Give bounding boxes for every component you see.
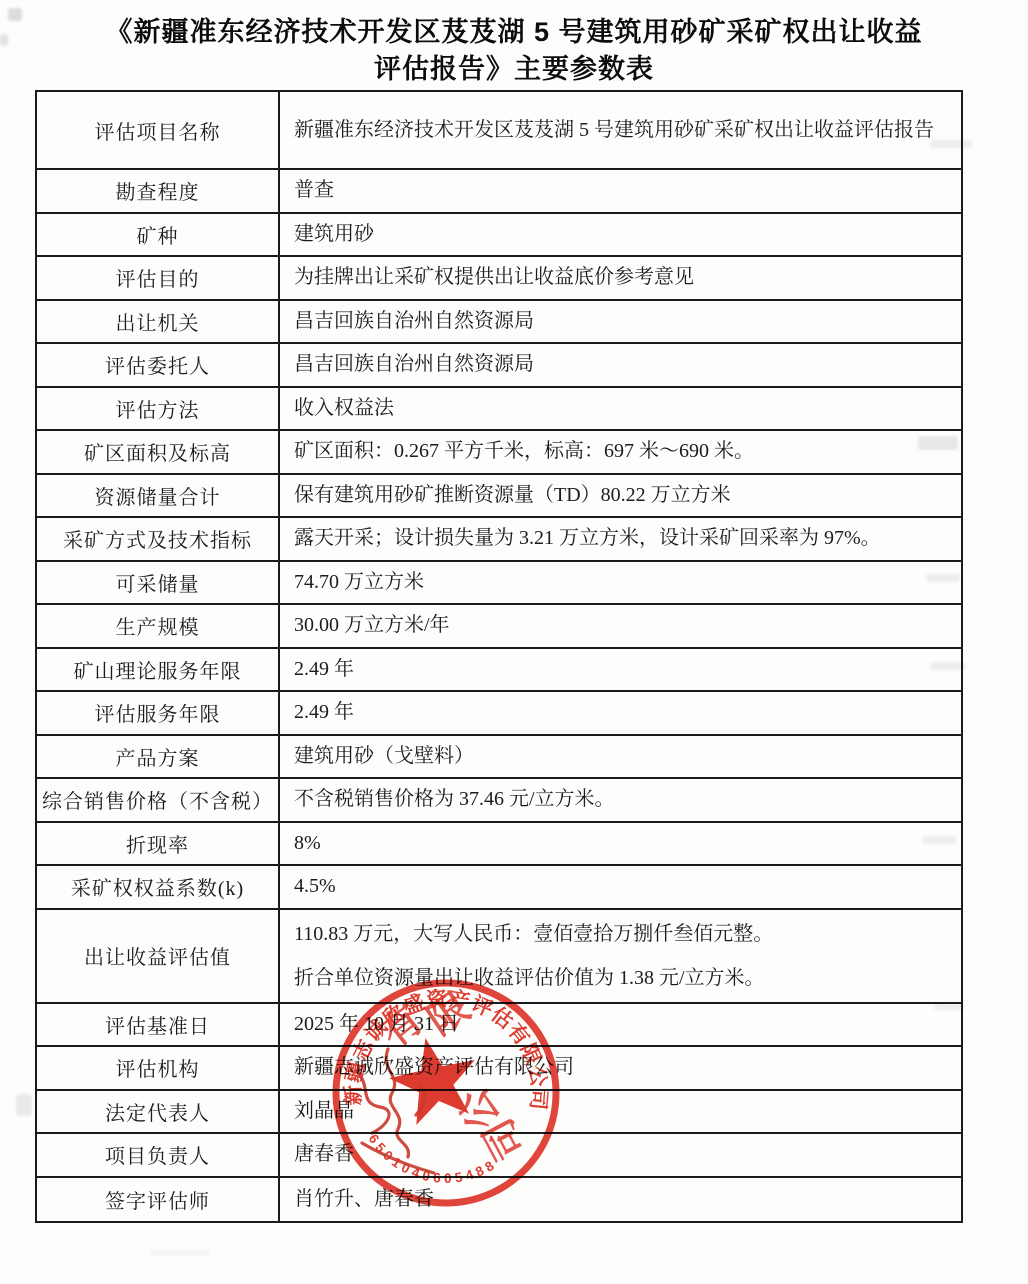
param-label: 矿山理论服务年限 — [37, 649, 280, 691]
param-label: 生产规模 — [37, 605, 280, 647]
param-label: 评估方法 — [37, 388, 280, 430]
param-value-line: 收入权益法 — [294, 394, 953, 423]
param-label: 可采储量 — [37, 562, 280, 604]
scan-artifact — [150, 1250, 210, 1256]
param-label: 评估委托人 — [37, 344, 280, 386]
param-value-line: 保有建筑用砂矿推断资源量（TD）80.22 万立方米 — [294, 481, 953, 510]
param-value-line: 8% — [294, 829, 953, 858]
param-label: 出让机关 — [37, 301, 280, 343]
param-value: 保有建筑用砂矿推断资源量（TD）80.22 万立方米 — [280, 475, 961, 517]
table-row: 勘查程度普查 — [37, 170, 961, 214]
table-row: 评估项目名称新疆准东经济技术开发区芨芨湖 5 号建筑用砂矿采矿权出让收益评估报告 — [37, 92, 961, 170]
table-row: 评估目的为挂牌出让采矿权提供出让收益底价参考意见 — [37, 257, 961, 301]
table-row: 采矿方式及技术指标露天开采；设计损失量为 3.21 万立方米，设计采矿回采率为 … — [37, 518, 961, 562]
param-label: 评估项目名称 — [37, 92, 280, 168]
param-label: 折现率 — [37, 823, 280, 865]
table-row: 评估委托人昌吉回族自治州自然资源局 — [37, 344, 961, 388]
param-label: 产品方案 — [37, 736, 280, 778]
table-row: 评估方法收入权益法 — [37, 388, 961, 432]
param-value: 2.49 年 — [280, 692, 961, 734]
param-label: 项目负责人 — [37, 1134, 280, 1176]
param-value: 建筑用砂 — [280, 214, 961, 256]
table-row: 矿种建筑用砂 — [37, 214, 961, 258]
param-value: 74.70 万立方米 — [280, 562, 961, 604]
param-label: 评估基准日 — [37, 1004, 280, 1046]
page-title: 《新疆准东经济技术开发区芨芨湖 5 号建筑用砂矿采矿权出让收益 评估报告》主要参… — [0, 14, 1028, 88]
table-row: 可采储量74.70 万立方米 — [37, 562, 961, 606]
param-value: 建筑用砂（戈壁料） — [280, 736, 961, 778]
table-row: 折现率8% — [37, 823, 961, 867]
param-value: 昌吉回族自治州自然资源局 — [280, 301, 961, 343]
table-row: 资源储量合计保有建筑用砂矿推断资源量（TD）80.22 万立方米 — [37, 475, 961, 519]
param-value-line: 为挂牌出让采矿权提供出让收益底价参考意见 — [294, 263, 953, 292]
company-seal-stamp: 新疆志诚欣盛资产评估有限公司 6501040605488 有 限 公 司 — [328, 975, 568, 1221]
param-label: 勘查程度 — [37, 170, 280, 212]
param-label: 评估机构 — [37, 1047, 280, 1089]
param-value: 昌吉回族自治州自然资源局 — [280, 344, 961, 386]
param-value-line: 昌吉回族自治州自然资源局 — [294, 307, 953, 336]
table-row: 综合销售价格（不含税）不含税销售价格为 37.46 元/立方米。 — [37, 779, 961, 823]
param-label: 评估服务年限 — [37, 692, 280, 734]
param-value-line: 2.49 年 — [294, 698, 953, 727]
param-label: 采矿权权益系数(k) — [37, 866, 280, 908]
table-row: 产品方案建筑用砂（戈壁料） — [37, 736, 961, 780]
param-value-line: 新疆准东经济技术开发区芨芨湖 5 号建筑用砂矿采矿权出让收益评估报告 — [294, 116, 953, 145]
table-row: 评估服务年限2.49 年 — [37, 692, 961, 736]
param-value: 8% — [280, 823, 961, 865]
param-value-line: 4.5% — [294, 872, 953, 901]
table-row: 矿区面积及标高矿区面积：0.267 平方千米，标高：697 米～690 米。 — [37, 431, 961, 475]
param-label: 采矿方式及技术指标 — [37, 518, 280, 560]
param-value-line: 露天开采；设计损失量为 3.21 万立方米，设计采矿回采率为 97%。 — [294, 524, 953, 553]
table-row: 矿山理论服务年限2.49 年 — [37, 649, 961, 693]
param-label: 资源储量合计 — [37, 475, 280, 517]
table-row: 出让机关昌吉回族自治州自然资源局 — [37, 301, 961, 345]
param-value: 2.49 年 — [280, 649, 961, 691]
param-label: 签字评估师 — [37, 1178, 280, 1222]
param-value-line: 普查 — [294, 176, 953, 205]
param-label: 矿种 — [37, 214, 280, 256]
param-label: 综合销售价格（不含税） — [37, 779, 280, 821]
param-value: 收入权益法 — [280, 388, 961, 430]
param-value: 4.5% — [280, 866, 961, 908]
param-value-line: 建筑用砂 — [294, 220, 953, 249]
param-value: 露天开采；设计损失量为 3.21 万立方米，设计采矿回采率为 97%。 — [280, 518, 961, 560]
param-label: 出让收益评估值 — [37, 910, 280, 1002]
param-value-line: 建筑用砂（戈壁料） — [294, 742, 953, 771]
param-value: 30.00 万立方米/年 — [280, 605, 961, 647]
param-value-line: 2.49 年 — [294, 655, 953, 684]
param-value: 新疆准东经济技术开发区芨芨湖 5 号建筑用砂矿采矿权出让收益评估报告 — [280, 92, 961, 168]
param-value-line: 110.83 万元，大写人民币：壹佰壹拾万捌仟叁佰元整。 — [294, 912, 953, 956]
document-page: 《新疆准东经济技术开发区芨芨湖 5 号建筑用砂矿采矿权出让收益 评估报告》主要参… — [0, 0, 1028, 1284]
param-value: 普查 — [280, 170, 961, 212]
page-title-line1: 《新疆准东经济技术开发区芨芨湖 5 号建筑用砂矿采矿权出让收益 — [0, 14, 1028, 51]
param-value-line: 74.70 万立方米 — [294, 568, 953, 597]
table-row: 生产规模30.00 万立方米/年 — [37, 605, 961, 649]
param-value: 不含税销售价格为 37.46 元/立方米。 — [280, 779, 961, 821]
param-label: 法定代表人 — [37, 1091, 280, 1133]
param-value-line: 不含税销售价格为 37.46 元/立方米。 — [294, 785, 953, 814]
param-value-line: 30.00 万立方米/年 — [294, 611, 953, 640]
param-value: 为挂牌出让采矿权提供出让收益底价参考意见 — [280, 257, 961, 299]
param-value-line: 矿区面积：0.267 平方千米，标高：697 米～690 米。 — [294, 437, 953, 466]
scan-artifact — [16, 1094, 32, 1116]
param-value: 矿区面积：0.267 平方千米，标高：697 米～690 米。 — [280, 431, 961, 473]
page-title-line2: 评估报告》主要参数表 — [0, 51, 1028, 88]
param-value-line: 昌吉回族自治州自然资源局 — [294, 350, 953, 379]
table-row: 采矿权权益系数(k)4.5% — [37, 866, 961, 910]
param-label: 矿区面积及标高 — [37, 431, 280, 473]
param-label: 评估目的 — [37, 257, 280, 299]
